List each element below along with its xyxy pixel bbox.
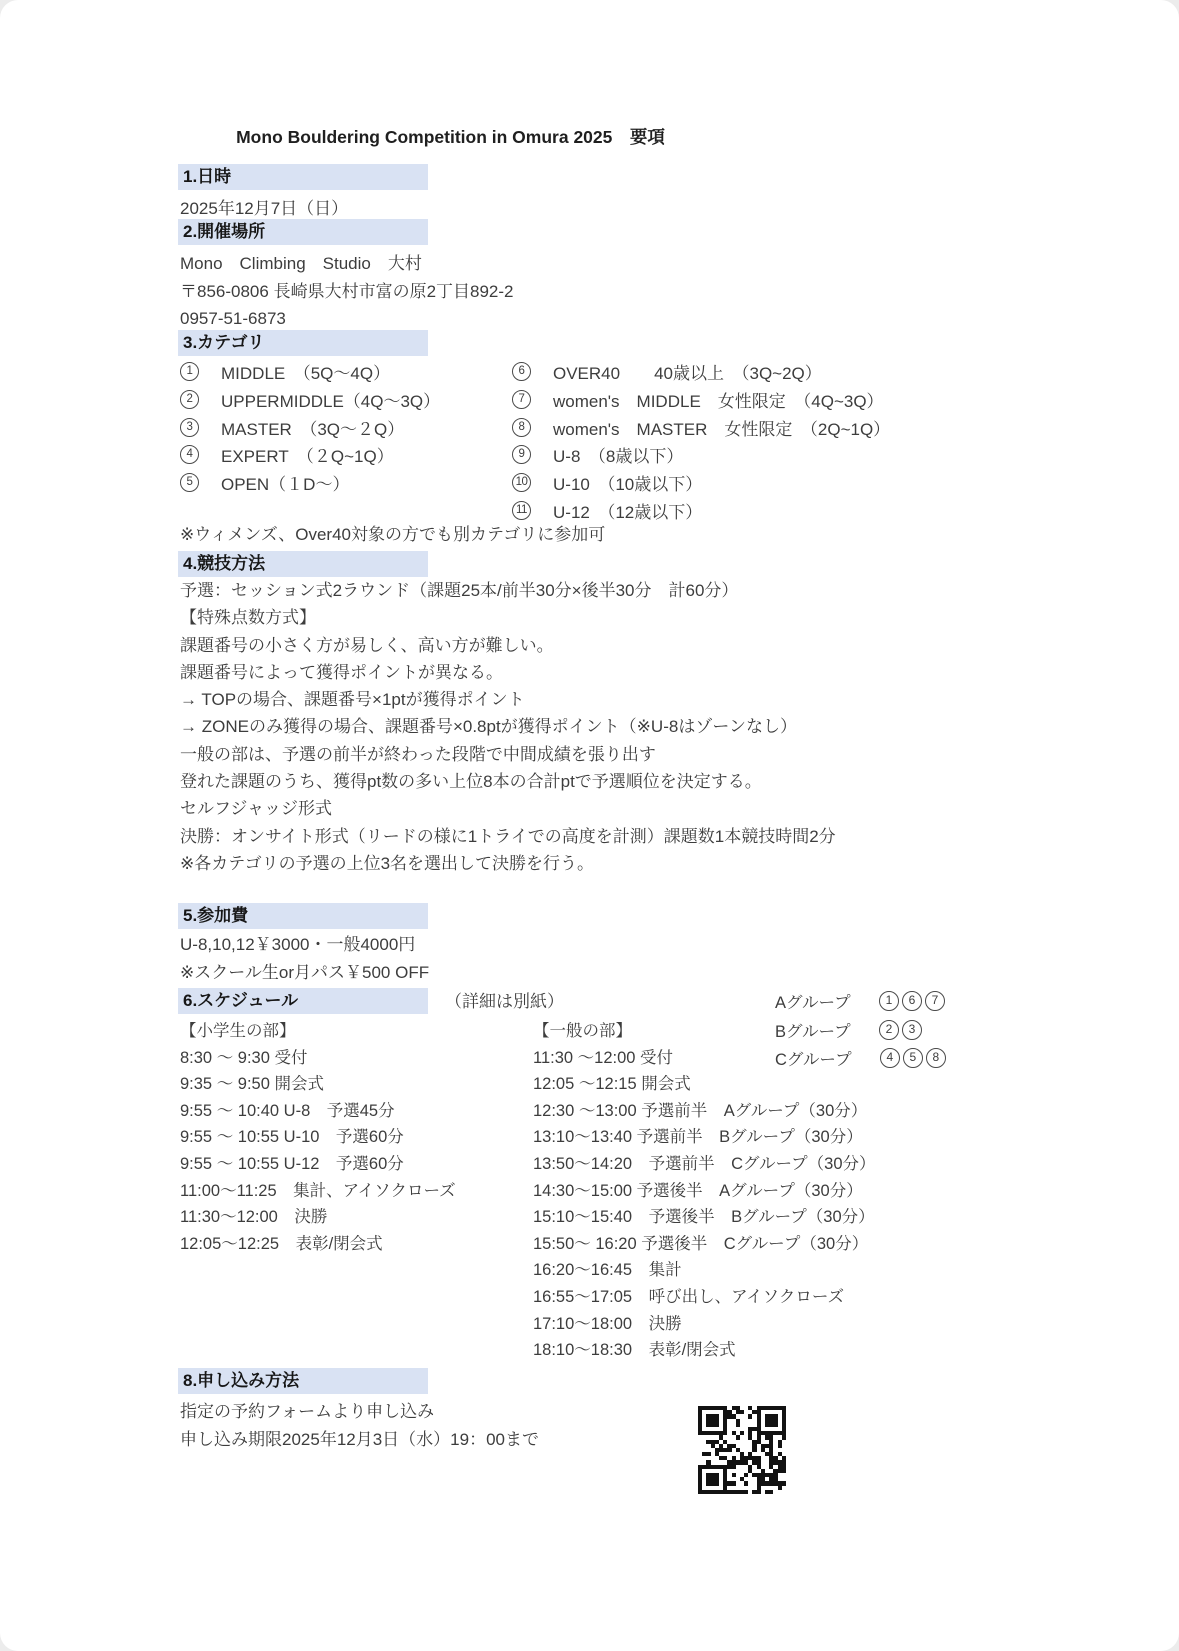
circled-number-icon: 1 — [879, 991, 899, 1011]
circled-number-icon: 4 — [880, 1048, 900, 1068]
schedule-row: 16:20～16:45 集計 — [533, 1257, 876, 1284]
category-item: 5 OPEN（１D～） — [180, 469, 440, 497]
circled-number-icon: 6 — [512, 362, 531, 381]
section-header-venue: 2.開催場所 — [178, 219, 428, 245]
category-item: 7 women's MIDDLE 女性限定 （4Q~3Q） — [512, 386, 890, 414]
document-title: Mono Bouldering Competition in Omura 202… — [178, 124, 723, 149]
text-line: 〒856-0806 長崎県大村市富の原2丁目892-2 — [180, 278, 514, 306]
schedule-kids-rows: 8:30 ～ 9:30 受付9:35 ～ 9:50 開会式9:55 ～ 10:4… — [180, 1045, 456, 1258]
schedule-row: 14:30～15:00 予選後半 Aグループ（30分） — [533, 1178, 876, 1205]
section-header-rules: 4.競技方法 — [178, 551, 428, 577]
text-line: 予選：セッション式2ラウンド（課題25本/前半30分×後半30分 計60分） — [180, 577, 836, 604]
category-item: 4 EXPERT （２Q~1Q） — [180, 441, 440, 469]
circled-number-icon: 2 — [879, 1020, 899, 1040]
group-category-numbers: 458 — [880, 1048, 946, 1068]
category-item: 2 UPPERMIDDLE（4Q～3Q） — [180, 386, 440, 414]
text-line: U-8,10,12￥3000・一般4000円 — [180, 931, 429, 959]
category-label: OPEN（１D～） — [221, 470, 349, 495]
circled-number-icon: 7 — [512, 390, 531, 409]
text-line: 課題番号によって獲得ポイントが異なる。 — [180, 659, 836, 686]
category-label: U-8 （8歳以下） — [553, 442, 683, 467]
text-line: ※スクール生or月パス￥500 OFF — [180, 959, 429, 987]
circled-number-icon: 4 — [180, 445, 199, 464]
text-line: 0957-51-6873 — [180, 305, 514, 333]
category-column-left: 1 MIDDLE （5Q～4Q） 2 UPPERMIDDLE（4Q～3Q） 3 … — [180, 358, 440, 496]
category-label: U-10 （10歳以下） — [553, 470, 702, 495]
text-line: 課題番号の小さく方が易しく、高い方が難しい。 — [180, 632, 836, 659]
schedule-row: 9:55 ～ 10:55 U-12 予選60分 — [180, 1151, 456, 1178]
category-item: 1 MIDDLE （5Q～4Q） — [180, 358, 440, 386]
text-line: ※各カテゴリの予選の上位3名を選出して決勝を行う。 — [180, 850, 836, 877]
schedule-row: 16:55～17:05 呼び出し、アイソクローズ — [533, 1284, 876, 1311]
category-label: MIDDLE （5Q～4Q） — [221, 359, 390, 384]
schedule-row: 13:50～14:20 予選前半 Cグループ（30分） — [533, 1151, 876, 1178]
circled-number-icon: 7 — [925, 991, 945, 1011]
section-header-schedule: 6.スケジュール — [178, 988, 428, 1014]
group-category-numbers: 167 — [879, 991, 945, 1011]
schedule-kids-column: 【小学生の部】 8:30 ～ 9:30 受付9:35 ～ 9:50 開会式9:5… — [180, 1018, 456, 1257]
fee-lines: U-8,10,12￥3000・一般4000円※スクール生or月パス￥500 OF… — [180, 931, 429, 986]
schedule-row: 12:05～12:25 表彰/閉会式 — [180, 1231, 456, 1258]
schedule-row: 15:50～ 16:20 予選後半 Cグループ（30分） — [533, 1231, 876, 1258]
category-column-right: 6 OVER40 40歳以上 （3Q~2Q） 7 women's MIDDLE … — [512, 358, 890, 524]
category-item: 9 U-8 （8歳以下） — [512, 441, 890, 469]
category-label: OVER40 40歳以上 （3Q~2Q） — [553, 359, 822, 384]
text-line: セルフジャッジ形式 — [180, 795, 836, 822]
schedule-row: 13:10～13:40 予選前半 Bグループ（30分） — [533, 1124, 876, 1151]
schedule-general-title: 【一般の部】 — [533, 1018, 876, 1045]
group-name: Aグループ — [775, 989, 851, 1013]
schedule-row: 12:05 ～12:15 開会式 — [533, 1071, 876, 1098]
circled-number-icon: 9 — [512, 445, 531, 464]
schedule-general-column: 【一般の部】 11:30 ～12:00 受付12:05 ～12:15 開会式12… — [533, 1018, 876, 1364]
schedule-row: 9:35 ～ 9:50 開会式 — [180, 1071, 456, 1098]
circled-number-icon: 6 — [902, 991, 922, 1011]
circled-number-icon: 8 — [926, 1048, 946, 1068]
category-label: MASTER （3Q～２Q） — [221, 415, 404, 440]
text-line: 一般の部は、予選の前半が終わった段階で中間成績を張り出す — [180, 741, 836, 768]
qr-code — [698, 1406, 786, 1494]
circled-number-icon: 5 — [180, 473, 199, 492]
text-line: 登れた課題のうち、獲得pt数の多い上位8本の合計ptで予選順位を決定する。 — [180, 768, 836, 795]
circled-number-icon: 2 — [180, 390, 199, 409]
circled-number-icon: 3 — [180, 418, 199, 437]
category-label: U-12 （12歳以下） — [553, 498, 702, 523]
schedule-row: 15:10～15:40 予選後半 Bグループ（30分） — [533, 1204, 876, 1231]
category-item: 3 MASTER （3Q～２Q） — [180, 413, 440, 441]
circled-number-icon: 5 — [903, 1048, 923, 1068]
schedule-detail-note: （詳細は別紙） — [445, 989, 564, 1015]
category-label: women's MASTER 女性限定 （2Q~1Q） — [553, 415, 890, 440]
category-label: EXPERT （２Q~1Q） — [221, 442, 394, 467]
schedule-row: 11:30～12:00 決勝 — [180, 1204, 456, 1231]
group-category-numbers: 23 — [879, 1020, 922, 1040]
schedule-general-rows: 11:30 ～12:00 受付12:05 ～12:15 開会式12:30 ～13… — [533, 1045, 876, 1364]
circled-number-icon: 11 — [512, 501, 531, 520]
category-item: 6 OVER40 40歳以上 （3Q~2Q） — [512, 358, 890, 386]
rules-lines: 予選：セッション式2ラウンド（課題25本/前半30分×後半30分 計60分）【特… — [180, 577, 836, 877]
venue-lines: Mono Climbing Studio 大村〒856-0806 長崎県大村市富… — [180, 250, 514, 333]
text-line: 申し込み期限2025年12月3日（水）19：00まで — [180, 1426, 539, 1454]
circled-number-icon: 10 — [512, 473, 531, 492]
text-line: 指定の予約フォームより申し込み — [180, 1398, 539, 1426]
circled-number-icon: 1 — [180, 362, 199, 381]
section-header-fee: 5.参加費 — [178, 903, 428, 929]
document-page: Mono Bouldering Competition in Omura 202… — [0, 0, 1179, 1651]
schedule-row: 17:10～18:00 決勝 — [533, 1311, 876, 1338]
section-header-category: 3.カテゴリ — [178, 330, 428, 356]
schedule-row: 12:30 ～13:00 予選前半 Aグループ（30分） — [533, 1098, 876, 1125]
circled-number-icon: 3 — [902, 1020, 922, 1040]
schedule-row: 18:10～18:30 表彰/閉会式 — [533, 1337, 876, 1364]
category-item: 8 women's MASTER 女性限定 （2Q~1Q） — [512, 413, 890, 441]
section-header-application: 8.申し込み方法 — [178, 1368, 428, 1394]
text-line: 【特殊点数方式】 — [180, 604, 836, 631]
text-line: → TOPの場合、課題番号×1ptが獲得ポイント — [180, 686, 836, 713]
text-line: Mono Climbing Studio 大村 — [180, 250, 514, 278]
schedule-row: 9:55 ～ 10:55 U-10 予選60分 — [180, 1124, 456, 1151]
schedule-row: 8:30 ～ 9:30 受付 — [180, 1045, 456, 1072]
schedule-row: 11:00～11:25 集計、アイソクローズ — [180, 1178, 456, 1205]
category-item: 11 U-12 （12歳以下） — [512, 496, 890, 524]
category-label: women's MIDDLE 女性限定 （4Q~3Q） — [553, 387, 884, 412]
text-line: → ZONEのみ獲得の場合、課題番号×0.8ptが獲得ポイント（※U-8はゾーン… — [180, 713, 836, 740]
category-label: UPPERMIDDLE（4Q～3Q） — [221, 387, 440, 412]
circled-number-icon: 8 — [512, 418, 531, 437]
group-row: Aグループ 167 — [775, 987, 946, 1016]
application-lines: 指定の予約フォームより申し込み申し込み期限2025年12月3日（水）19：00ま… — [180, 1398, 539, 1453]
schedule-row: 9:55 ～ 10:40 U-8 予選45分 — [180, 1098, 456, 1125]
category-item: 10 U-10 （10歳以下） — [512, 469, 890, 497]
category-note: ※ウィメンズ、Over40対象の方でも別カテゴリに参加可 — [180, 522, 605, 548]
section-header-datetime: 1.日時 — [178, 164, 428, 190]
schedule-kids-title: 【小学生の部】 — [180, 1018, 456, 1045]
schedule-row: 11:30 ～12:00 受付 — [533, 1045, 876, 1072]
text-line: 決勝：オンサイト形式（リードの様に1トライでの高度を計測）課題数1本競技時間2分 — [180, 823, 836, 850]
